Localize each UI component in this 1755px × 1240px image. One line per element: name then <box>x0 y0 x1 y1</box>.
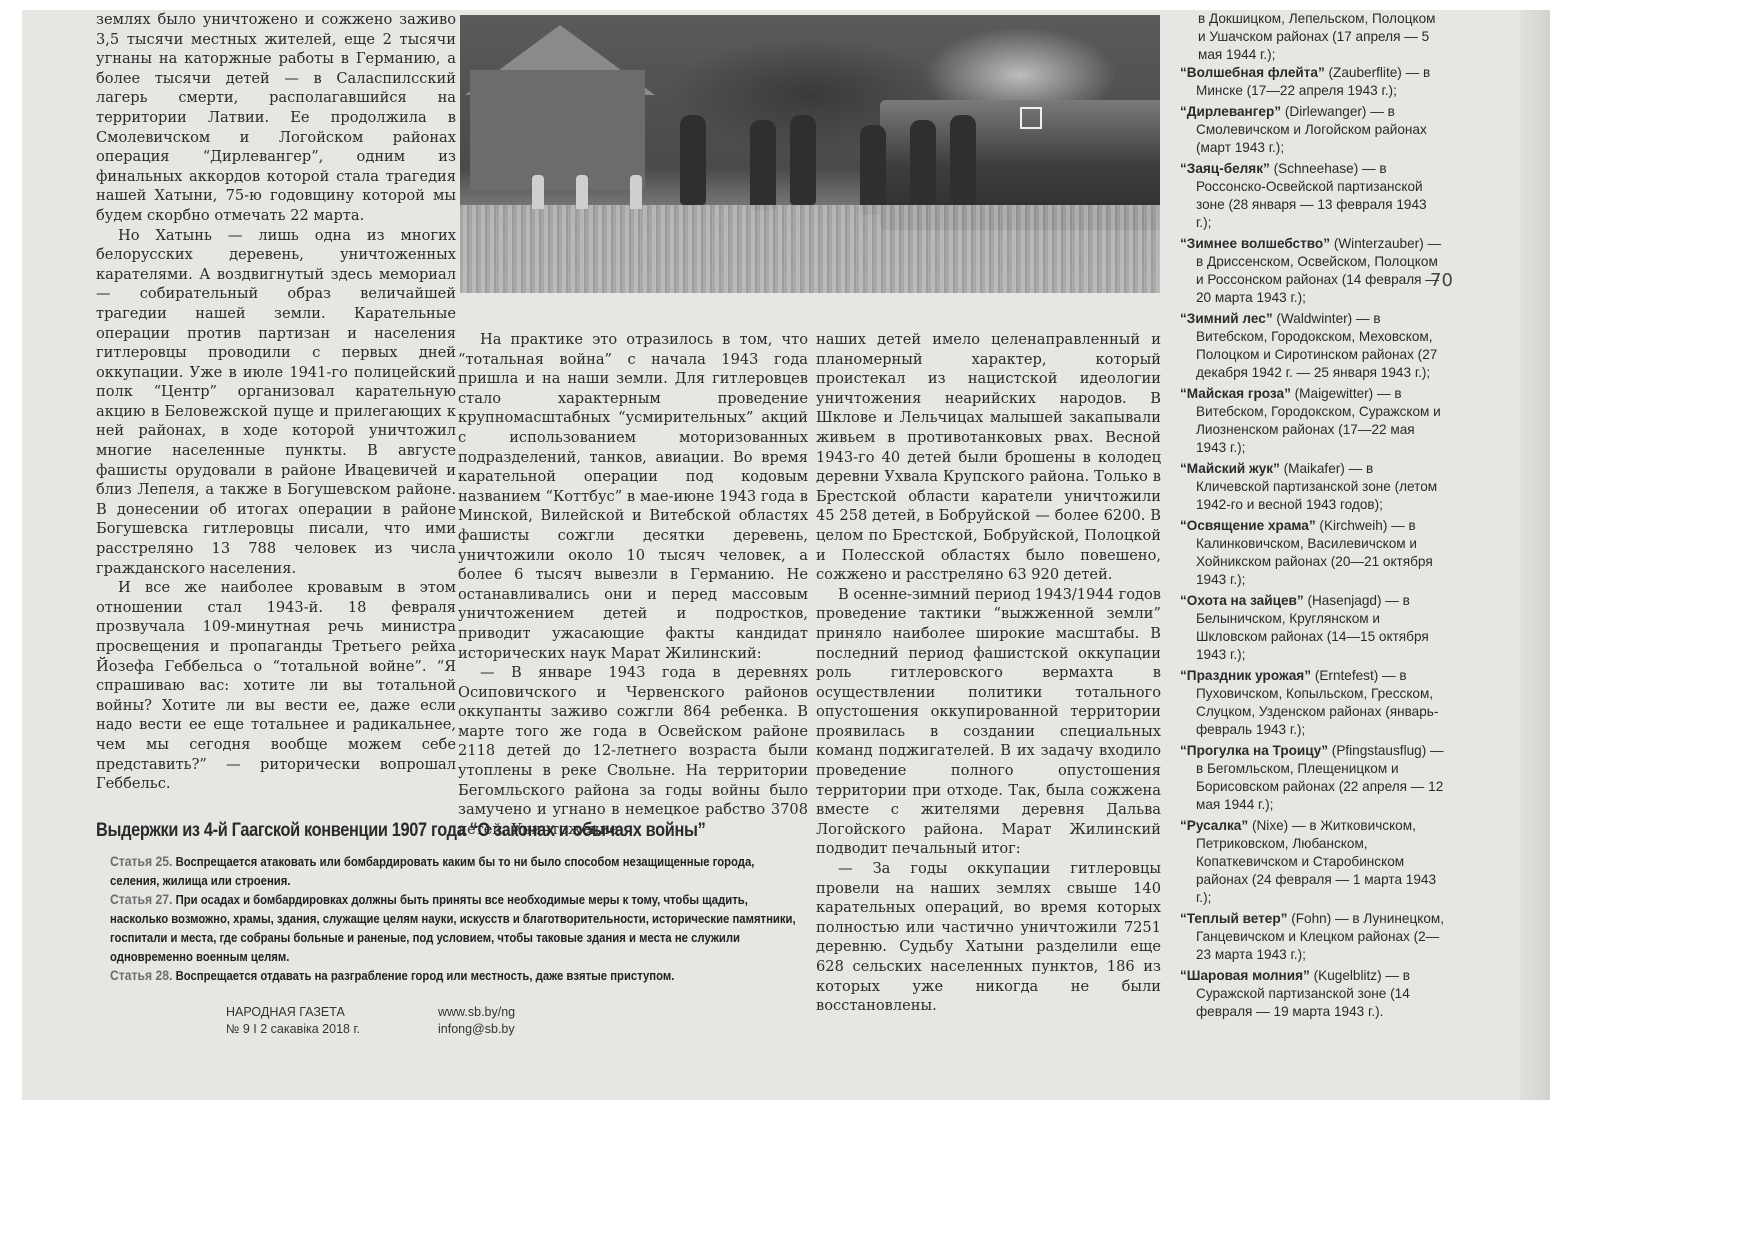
article-column-1: землях было уничтожено и сожжено заживо … <box>96 10 456 794</box>
barn <box>470 70 645 190</box>
article-text: Воспрещается отдавать на разграбление го… <box>176 968 675 983</box>
page-edge-shadow <box>1520 10 1550 1100</box>
operation-entry: “Майский жук” (Maikafer) — в Кличевской … <box>1180 460 1445 514</box>
war-photograph <box>460 15 1160 293</box>
operation-entry: “Заяц-беляк” (Schneehase) — в Россонско-… <box>1180 160 1445 232</box>
soldier-figure <box>680 115 706 205</box>
paragraph: — В январе 1943 года в деревнях Осипович… <box>458 663 808 839</box>
operation-entry: “Охота на зайцев” (Hasenjagd) — в Белыни… <box>1180 592 1445 664</box>
paragraph: Но Хатынь — лишь одна из многих белорусс… <box>96 226 456 579</box>
handwritten-page-mark: 70 <box>1430 270 1453 291</box>
article-column-2: На практике это отразилось в том, что “т… <box>458 330 808 839</box>
hague-box-title: Выдержки из 4-й Гаагской конвенции 1907 … <box>96 820 698 842</box>
soldier-figure <box>950 115 976 205</box>
fence-post <box>576 175 588 209</box>
cross-insignia-icon <box>1020 107 1042 129</box>
grass-field <box>460 205 1160 293</box>
operation-entry: “Праздник урожая” (Erntefest) — в Пухови… <box>1180 667 1445 739</box>
operations-sidebar: в Докшицком, Лепельском, Полоцком и Ушач… <box>1180 10 1445 1024</box>
paragraph: В осенне-зимний период 1943/1944 годов п… <box>816 585 1161 859</box>
hague-articles: Статья 25. Воспрещается атаковать или бо… <box>110 852 800 985</box>
operation-entry: “Шаровая молния” (Kugelblitz) — в Суражс… <box>1180 967 1445 1021</box>
paragraph: — За годы оккупации гитлеровцы провели н… <box>816 859 1161 1016</box>
soldier-figure <box>790 115 816 205</box>
paragraph: наших детей имело целенаправленный и пла… <box>816 330 1161 585</box>
operation-entry: “Прогулка на Троицу” (Pfingstausflug) — … <box>1180 742 1445 814</box>
fence-post <box>630 175 642 209</box>
article-label: Статья 27. <box>110 891 172 907</box>
fence-post <box>532 175 544 209</box>
article-25: Статья 25. Воспрещается атаковать или бо… <box>110 852 797 890</box>
soldier-figure <box>750 120 776 210</box>
operation-entry: “Русалка” (Nixe) — в Житковичском, Петри… <box>1180 817 1445 907</box>
footer-publication: НАРОДНАЯ ГАЗЕТА № 9 I 2 сакавіка 2018 г. <box>226 1004 360 1038</box>
sidebar-lead: в Докшицком, Лепельском, Полоцком и Ушач… <box>1180 10 1445 64</box>
soldier-figure <box>910 120 936 210</box>
publication-name: НАРОДНАЯ ГАЗЕТА <box>226 1004 360 1021</box>
website-link[interactable]: www.sb.by/ng <box>438 1004 515 1021</box>
operation-entry: “Майская гроза” (Maigewitter) — в Витебс… <box>1180 385 1445 457</box>
paragraph: И все же наиболее кровавым в этом отноше… <box>96 578 456 794</box>
issue-info: № 9 I 2 сакавіка 2018 г. <box>226 1021 360 1038</box>
paragraph: На практике это отразилось в том, что “т… <box>458 330 808 663</box>
email-link[interactable]: infong@sb.by <box>438 1021 515 1038</box>
article-text: Воспрещается атаковать или бомбардироват… <box>110 854 754 888</box>
operation-entry: “Освящение храма” (Kirchweih) — в Калинк… <box>1180 517 1445 589</box>
article-28: Статья 28. Воспрещается отдавать на разг… <box>110 966 797 985</box>
article-label: Статья 28. <box>110 967 172 983</box>
paragraph: землях было уничтожено и сожжено заживо … <box>96 10 456 226</box>
soldier-figure <box>860 125 886 215</box>
operation-entry: “Волшебная флейта” (Zauberflite) — в Мин… <box>1180 64 1445 100</box>
article-label: Статья 25. <box>110 853 172 869</box>
article-text: При осадах и бомбардировках должны быть … <box>110 892 796 964</box>
article-column-3: наших детей имело целенаправленный и пла… <box>816 330 1161 1016</box>
operation-entry: “Теплый ветер” (Fohn) — в Лунинецком, Га… <box>1180 910 1445 964</box>
article-27: Статья 27. При осадах и бомбардировках д… <box>110 890 797 966</box>
operation-entry: “Зимнее волшебство” (Winterzauber) — в Д… <box>1180 235 1445 307</box>
operation-entry: “Зимний лес” (Waldwinter) — в Витебском,… <box>1180 310 1445 382</box>
operation-entry: “Дирлевангер” (Dirlewanger) — в Смолевич… <box>1180 103 1445 157</box>
footer-contacts: www.sb.by/ng infong@sb.by <box>438 1004 515 1038</box>
